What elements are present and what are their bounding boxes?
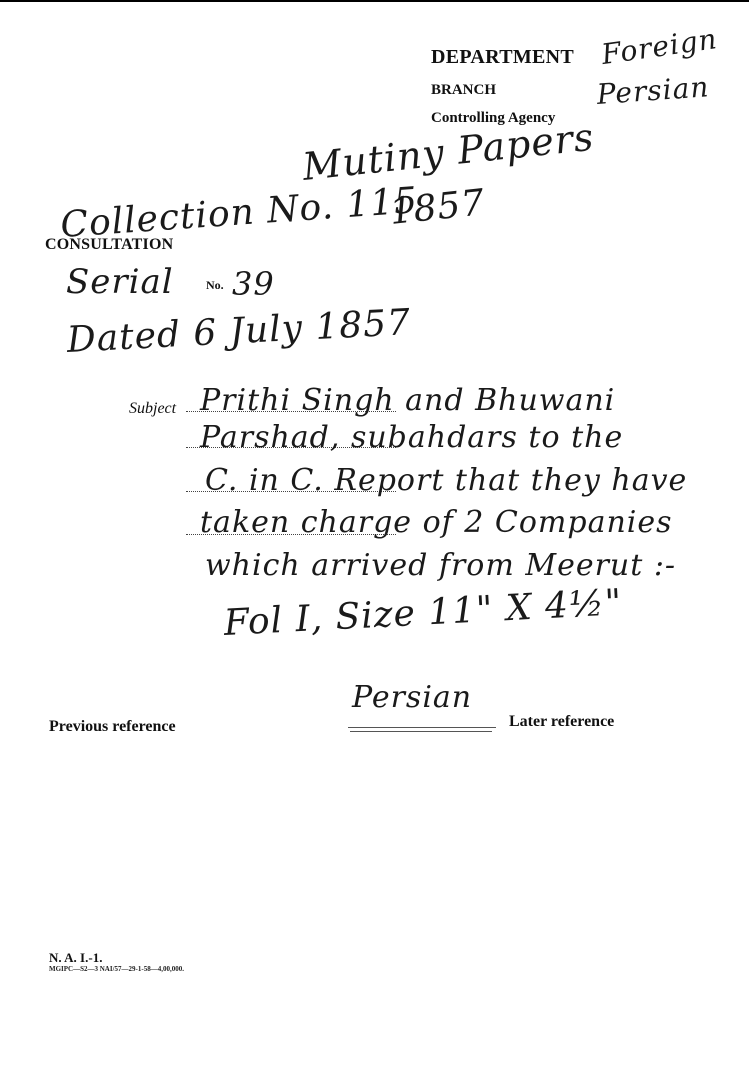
dated-line: Dated 6 July 1857 <box>66 302 412 361</box>
later-reference-label: Later reference <box>509 713 614 731</box>
language-note: Persian <box>352 680 472 715</box>
size-note: Fol I, Size 11" X 4½" <box>223 582 623 644</box>
form-code: N. A. I.-1. <box>49 950 102 966</box>
serial-handwritten-label: Serial <box>66 262 174 302</box>
language-note-underline <box>348 727 496 728</box>
collection-year: 1857 <box>388 182 487 233</box>
subject-line-3: C. in C. Report that they have <box>205 463 687 498</box>
print-line: MGIPC—S2—3 NAI/57—29-1-58—4,00,000. <box>49 965 184 973</box>
consultation-label: CONSULTATION <box>45 236 173 254</box>
branch-value: Persian <box>596 70 711 111</box>
department-value: Foreign <box>599 22 719 71</box>
subject-line-2: Parshad, subahdars to the <box>200 420 623 455</box>
serial-no-label: No. <box>206 278 224 293</box>
subject-line-1: Prithi Singh and Bhuwani <box>200 383 615 418</box>
serial-number: 39 <box>232 265 275 303</box>
language-note-underline-2 <box>350 731 492 732</box>
branch-label: BRANCH <box>431 82 496 99</box>
subject-line-5: which arrived from Meerut :- <box>205 548 676 583</box>
top-border-rule <box>0 0 749 2</box>
subject-line-4: taken charge of 2 Companies <box>200 505 673 540</box>
previous-reference-label: Previous reference <box>49 718 176 736</box>
subject-label: Subject <box>129 400 176 418</box>
department-label: DEPARTMENT <box>431 46 574 69</box>
